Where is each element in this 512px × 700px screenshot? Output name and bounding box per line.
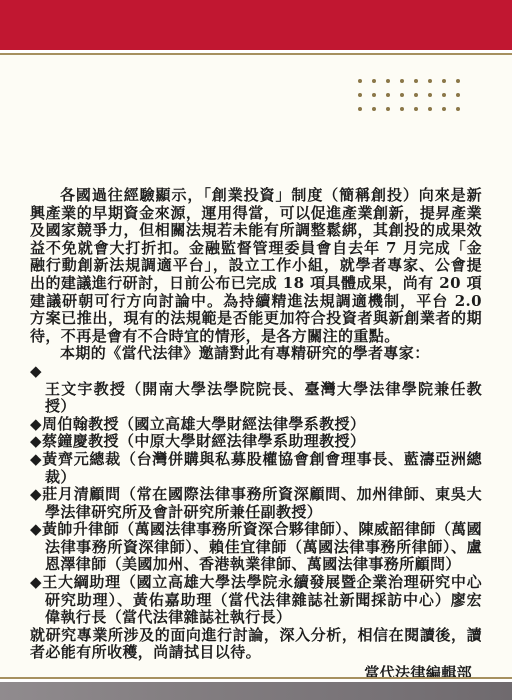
dot: [386, 107, 390, 111]
dot: [372, 107, 376, 111]
dots-grid: [358, 79, 460, 111]
diamond-bullet-icon: ◆: [30, 573, 42, 591]
expert-text: 黃帥升律師（萬國法律事務所資深合夥律師）、陳威韶律師（萬國法律事務所資深律師）、…: [42, 520, 482, 573]
dot: [358, 93, 362, 97]
dot: [400, 79, 404, 83]
expert-item: ◆王文宇教授（開南大學法學院院長、臺灣大學法律學院兼任教授）: [30, 363, 482, 416]
diamond-bullet-icon: ◆: [30, 450, 42, 468]
intro-paragraph: 各國過往經驗顯示，「創業投資」制度（簡稱創投）向來是新興產業的早期資金來源，運用…: [30, 187, 482, 345]
expert-item: ◆周伯翰教授（國立高雄大學財經法律學系教授）: [30, 416, 482, 434]
diamond-bullet-icon: ◆: [30, 362, 42, 380]
expert-item: ◆蔡鐘慶教授（中原大學財經法律學系助理教授）: [30, 433, 482, 451]
diamond-bullet-icon: ◆: [30, 415, 42, 433]
dot: [442, 93, 446, 97]
invite-line: 本期的《當代法律》邀請對此有專精研究的學者專家：: [30, 345, 482, 363]
dot: [456, 107, 460, 111]
magazine-editorial-page: 各國過往經驗顯示，「創業投資」制度（簡稱創投）向來是新興產業的早期資金來源，運用…: [0, 0, 512, 700]
expert-item: ◆黃帥升律師（萬國法律事務所資深合夥律師）、陳威韶律師（萬國法律事務所資深律師）…: [30, 521, 482, 574]
dot: [442, 79, 446, 83]
expert-text: 蔡鐘慶教授（中原大學財經法律學系助理教授）: [42, 432, 365, 450]
dot: [428, 107, 432, 111]
closing-paragraph: 就研究專業所涉及的面向進行討論，深入分析，相信在閱讀後，讀者必能有所收穫，尚請拭…: [30, 627, 482, 662]
dot: [428, 93, 432, 97]
expert-text: 周伯翰教授（國立高雄大學財經法律學系教授）: [42, 415, 365, 433]
dot: [414, 79, 418, 83]
dot: [442, 107, 446, 111]
dot: [386, 79, 390, 83]
diamond-bullet-icon: ◆: [30, 520, 42, 538]
experts-list: ◆王文宇教授（開南大學法學院院長、臺灣大學法律學院兼任教授） ◆周伯翰教授（國立…: [30, 363, 482, 627]
expert-item: ◆莊月清顧問（常在國際法律事務所資深顧問、加州律師、東吳大學法律研究所及會計研究…: [30, 486, 482, 521]
dot: [358, 107, 362, 111]
dot: [428, 79, 432, 83]
dot: [386, 93, 390, 97]
dot: [372, 93, 376, 97]
expert-text: 莊月清顧問（常在國際法律事務所資深顧問、加州律師、東吳大學法律研究所及會計研究所…: [42, 485, 482, 521]
bottom-grey-bar: [0, 682, 512, 700]
expert-item: ◆王大綱助理（國立高雄大學法學院永續發展暨企業治理研究中心研究助理）、黃佑嘉助理…: [30, 574, 482, 627]
top-gold-rule: [0, 53, 512, 55]
expert-text: 王文宇教授（開南大學法學院院長、臺灣大學法律學院兼任教授）: [45, 380, 482, 416]
expert-item: ◆黃齊元總裁（台灣併購與私募股權協會創會理事長、藍濤亞洲總裁）: [30, 451, 482, 486]
expert-text: 王大綱助理（國立高雄大學法學院永續發展暨企業治理研究中心研究助理）、黃佑嘉助理（…: [42, 573, 482, 626]
dot: [372, 79, 376, 83]
dot: [400, 93, 404, 97]
diamond-bullet-icon: ◆: [30, 432, 42, 450]
expert-text: 黃齊元總裁（台灣併購與私募股權協會創會理事長、藍濤亞洲總裁）: [42, 450, 482, 486]
top-red-banner: [0, 0, 512, 50]
dot: [414, 107, 418, 111]
dot: [358, 79, 362, 83]
dot: [456, 93, 460, 97]
editorial-text: 各國過往經驗顯示，「創業投資」制度（簡稱創投）向來是新興產業的早期資金來源，運用…: [30, 187, 482, 683]
dot: [400, 107, 404, 111]
diamond-bullet-icon: ◆: [30, 485, 42, 503]
dot: [414, 93, 418, 97]
dot: [456, 79, 460, 83]
